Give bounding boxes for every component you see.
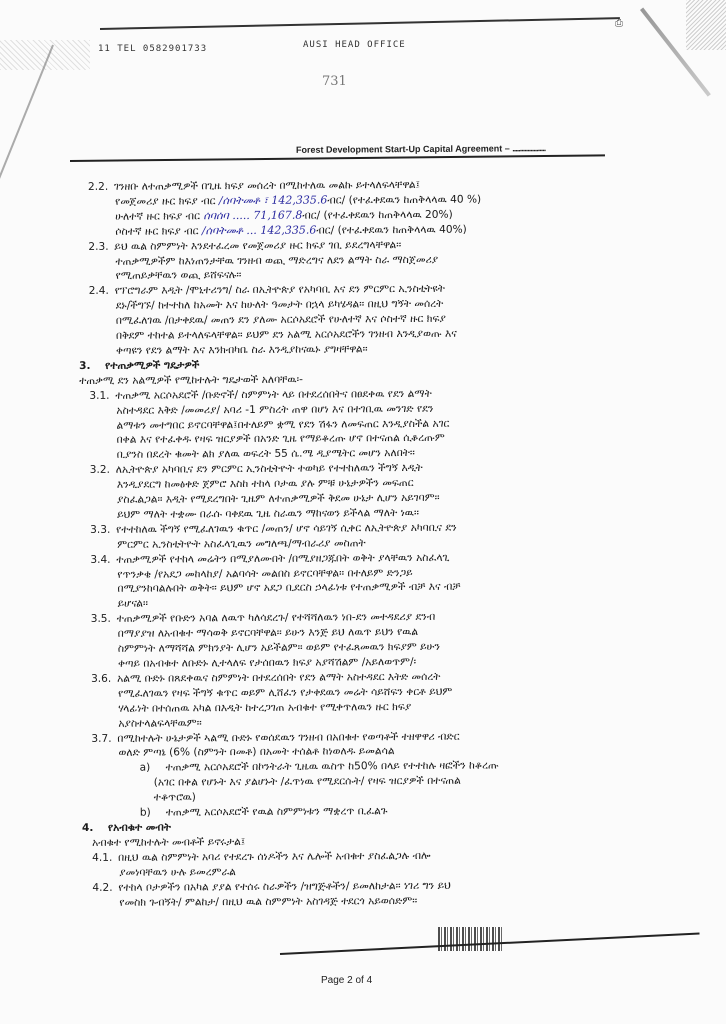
document-title: Forest Development Start-Up Capital Agre…	[296, 143, 545, 155]
section-number: 3.	[79, 359, 105, 374]
clause-text: ይህ ዉል ስምምነት እንደተፈረመ የመጀመሪያ ዙር ክፍያ ገቢ ይደረ…	[114, 239, 401, 253]
clause-number: 2.3.	[88, 239, 114, 254]
clause-number: 3.5.	[91, 612, 117, 627]
fax-office: AUSI HEAD OFFICE	[303, 40, 406, 50]
clause-number: 4.1.	[92, 851, 118, 866]
clause-number: 3.3.	[90, 523, 116, 538]
payment-label: ሶስተኛ ዙር ክፍያ ብር	[115, 225, 198, 238]
stamp-number: 731	[322, 74, 347, 89]
clause-number: 3.6.	[91, 672, 117, 687]
stamp-barcode	[438, 927, 502, 951]
fax-mark-icon: ⎙	[615, 18, 623, 29]
clause-text: የተከላ ቦታዎችን በአካል ያያል የተሰሩ ስራዎችን /ዝግጅቶችን/ …	[118, 879, 451, 893]
clause-text: ተጠቃሚ አርሶአደሮች /ቡድኖች/ ስምምነት ላይ በተደረሰበትና በፀ…	[115, 388, 431, 402]
clause-text: ገንዘቡ ለተጠቃሚዎች በጊዜ ክፍያ መሰረት በሚከተለዉ መልኩ ይተላ…	[114, 179, 420, 193]
clause-text: የፕሮግራም እዲት /ሞኒተሪንግ/ ስራ በኢትዮጵያ የአካባቢ እና ደ…	[115, 283, 445, 297]
document-title-dots: ......................	[512, 143, 545, 153]
fax-tel: 11 TEL 0582901733	[98, 44, 207, 54]
sub-item-text: ተጠቃሚ አርሶአደሮች በኮንትራት ጊዜዉ ዉስጥ ከ50% በላይ የተተ…	[166, 760, 499, 774]
scan-noise-corner	[686, 0, 726, 50]
sub-item-marker: b)	[140, 806, 166, 821]
payment-label: የመጀመሪያ ዙር ክፍያ ብር	[115, 195, 215, 208]
clause-text: ተጠቃሚዎች የቡድን አባል ለዉጥ ካለሳደረጉ/ የተሻሻለዉን ነበ-ደ…	[117, 611, 436, 625]
section-title: የአብቁተ መብት	[108, 821, 171, 833]
title-rule	[70, 154, 605, 162]
payment-suffix: ብር/ (የተፈቀደዉን ከጠቅላላዉ 40%)	[316, 223, 466, 236]
clause-number: 2.4.	[89, 284, 115, 299]
document-title-text: Forest Development Start-Up Capital Agre…	[296, 143, 510, 154]
clause-number: 3.4.	[90, 552, 116, 567]
clause-text: አልሚ ቡድኑ በጸደቀዉና ስምምነት በተደረሰበት የደን ልማት አስተ…	[117, 671, 440, 685]
sub-item-marker: a)	[140, 761, 166, 776]
page-number: Page 2 of 4	[321, 975, 372, 986]
payment-suffix: ብር/ (የተፈቀደዉን ከጠቅላላዉ 20%)	[302, 209, 452, 222]
clause-text: በዚህ ዉል ስምምነት አባሪ የተደረጉ ሰነዶችን እና ሌሎች አብቁተ…	[118, 850, 431, 864]
clause-text: ለኢትዮጵያ አካባቢና ደን ምርምር ኢንስቲትዮት ተወካይ የተተከለዉ…	[116, 462, 423, 476]
clause-text: የተተከለዉ ችግኝ የሚፈለገዉን ቁጥር /መጠን/ ሆኖ ሳይገኝ ሲቀር…	[116, 522, 457, 536]
handwritten-amount: ሰባሰባ ..... 71,167.8	[203, 208, 302, 222]
payment-suffix: ብር/ (የተፈቀደዉን ከጠቅላላዉ 40 %)	[327, 193, 481, 206]
clause-text: ተጠቃሚዎች የተከላ መሬትን በሚያለሙበት /በሚያዘጋጁበት ወቅት ያ…	[116, 551, 449, 565]
scanned-document-page: 11 TEL 0582901733 AUSI HEAD OFFICE ⎙ 731…	[0, 0, 726, 1024]
fax-header-rule	[100, 17, 620, 30]
clause-number: 3.1.	[89, 388, 115, 403]
clause-number: 3.7.	[91, 731, 117, 746]
clause-text: በሚከተሉት ሁኔታዎች ኣልሚ ቡድኑ የወሰደዉን ገንዘብ በአበቁተ የ…	[117, 730, 459, 744]
clause-line: የመስክ ጉብኝት/ ምልከታ/ በዚህ ዉል ስምምነት አስገዳጅ ተደርጎ…	[82, 892, 642, 910]
handwritten-amount: /ሰባትመቶ ፣ 142,335.6	[219, 193, 328, 207]
handwritten-amount: /ሰባትመቶ ... 142,335.6	[202, 223, 317, 237]
clause-number: 3.2.	[90, 463, 116, 478]
section-title: የተጠቃሚዎች ግዴታዎች	[105, 359, 199, 372]
payment-label: ሁለተኛ ዙር ክፍያ ብር	[115, 210, 200, 223]
document-body: 2.2.ገንዘቡ ለተጠቃሚዎች በጊዜ ክፍያ መሰረት በሚከተለዉ መልኩ…	[78, 177, 642, 911]
clause-number: 4.2.	[92, 880, 118, 895]
sub-item-text: ተጠቃሚ አርሶአደሮች የዉል ስምምነቱን ማቋረጥ ቢፈልጉ	[166, 805, 388, 818]
clause-number: 2.2.	[88, 180, 114, 195]
section-number: 4.	[82, 821, 108, 836]
